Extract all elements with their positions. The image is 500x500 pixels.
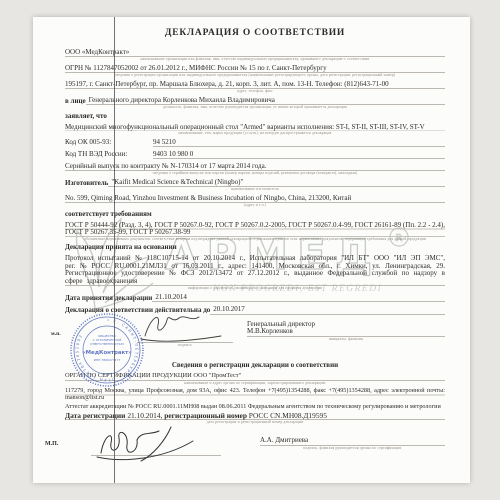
manufacturer-label: Изготовитель: [65, 180, 108, 188]
certifier-block: А.А. Дмитриева подпись, фамилия руководи…: [260, 437, 445, 451]
in-person-text: Генерального директора Корленкова Михаил…: [86, 97, 445, 106]
basis-heading: Декларация принята на основании: [65, 244, 445, 252]
complies-heading: соответствует требованиям: [65, 211, 445, 219]
field-ogrn: ОГРН № 1127847052002 от 26.01.2012 г., М…: [65, 65, 445, 79]
field-address: 195197, г. Санкт-Петербург, пр. Маршала …: [65, 81, 445, 95]
stamp-center-name: «МедКонтракт»: [82, 350, 132, 356]
basis-caption: информация о документах, являющихся осно…: [65, 286, 445, 291]
in-person-label: в лице: [65, 98, 86, 106]
code-ok-value: 94 5210: [153, 139, 445, 148]
organization-name: ООО «МедКонтракт»: [65, 49, 445, 58]
director-name: М.В.Корленков: [247, 328, 445, 337]
document-page: АРМЕД R NON PROGREDI, EST REGREDI ДЕКЛАР…: [33, 17, 470, 483]
page-fold-line: [114, 17, 115, 483]
ogrn-caption: сведения о регистрации организации или и…: [65, 73, 445, 78]
director-name-caption: инициалы, фамилия: [247, 337, 445, 342]
manufacturer-address-caption: (адрес и т.п.): [65, 203, 445, 208]
gost-caption: обозначение нормативных документов, соот…: [65, 237, 445, 242]
in-person-caption: должность, фамилия, имя, отчество руково…: [65, 105, 445, 110]
field-basis: Протокол испытаний № 118С10715-14 от 20.…: [65, 255, 445, 291]
manufacturer-name: "Kaifit Medical Science &Technical (Ning…: [108, 179, 445, 188]
director-signature: [139, 310, 229, 344]
valid-until-value: 20.10.2017: [210, 306, 445, 315]
document-title: ДЕКЛАРАЦИЯ О СООТВЕТСТВИИ: [65, 30, 445, 38]
declares-heading: заявляет, что: [65, 113, 445, 121]
gost-text: ГОСТ Р 50444-92 (Разд. 3, 4), ГОСТ Р 502…: [65, 222, 445, 237]
field-code-tn: Код ТН ВЭД России: 9403 10 980 0: [65, 151, 445, 160]
stamp-line3: ОТВЕТСТВЕННОСТЬЮ: [90, 342, 125, 346]
code-tn-value: 9403 10 980 0: [153, 151, 445, 160]
director-block: Генеральный директор М.В.Корленков иници…: [247, 321, 445, 342]
certifier-name: А.А. Дмитриева: [260, 437, 445, 446]
stamp-place-label: м.п.: [51, 331, 61, 339]
registration-date-label: Дата регистрации: [65, 411, 125, 420]
field-code-ok: Код ОК 005-93: 94 5210: [65, 139, 445, 148]
cert-attestation: Аттестат аккредитации № РОСС RU.0001.11М…: [65, 404, 445, 411]
manufacturer-caption: наименование изготовителя: [65, 187, 445, 192]
signature-zone: м.п. • Г. САНКТ-ПЕТЕРБУРГ • ОГРН 1127847…: [65, 318, 445, 360]
basis-text: Протокол испытаний № 118С10715-14 от 20.…: [65, 255, 445, 286]
field-product: Медицинский многофункциональный операцио…: [65, 124, 445, 137]
address-caption: адрес, телефон, факс: [65, 89, 445, 94]
registration-number-value: РОСС CN.МН08.Д19595: [249, 411, 327, 420]
registration-date-value: 21.10.2014,: [127, 411, 162, 420]
certifier-signature: [93, 425, 218, 463]
scanned-document-photo: { "doc": { "title": "ДЕКЛАРАЦИЯ О СООТВЕ…: [0, 0, 500, 500]
field-organization: ООО «МедКонтракт» наименование организац…: [65, 49, 445, 63]
field-registration: Дата регистрации 21.10.2014, регистрацио…: [65, 412, 445, 426]
cert-body-address: 117279, город Москва, улица Профсоюзная,…: [65, 388, 445, 402]
field-gost: ГОСТ Р 50444-92 (Разд. 3, 4), ГОСТ Р 502…: [65, 222, 445, 242]
serial-text: Серийный выпуск по контракту № N-170314 …: [65, 163, 445, 172]
code-tn-label: Код ТН ВЭД России:: [65, 151, 153, 160]
footer-signature-zone: М.П. А.А. Дмитриева подпись, фамилия рук…: [65, 427, 445, 463]
field-manufacturer-address: No. 599, Qiming Road, Yinzhou Investment…: [65, 195, 445, 209]
date-accept-label: Дата принятия декларации: [65, 295, 152, 303]
registration-line: Дата регистрации 21.10.2014, регистрацио…: [65, 412, 445, 421]
date-accept-value: 21.10.2014: [152, 294, 445, 303]
field-serial: Серийный выпуск по контракту № N-170314 …: [65, 163, 445, 177]
product-text: Медицинский многофункциональный операцио…: [65, 124, 445, 132]
serial-caption: сведения о серийном выпуске или партии (…: [65, 171, 445, 176]
address-text: 195197, г. Санкт-Петербург, пр. Маршала …: [65, 81, 445, 90]
company-stamp: • Г. САНКТ-ПЕТЕРБУРГ • ОГРН 112784705200…: [69, 312, 145, 388]
organization-caption: наименование организации или фамилия, им…: [65, 57, 445, 62]
stamp-inn: ИНН 7806477477: [94, 358, 121, 362]
document-content: ДЕКЛАРАЦИЯ О СООТВЕТСТВИИ ООО «МедКонтра…: [33, 17, 470, 463]
field-in-person: в лице Генерального директора Корленкова…: [65, 97, 445, 111]
field-date-accept: Дата принятия декларации 21.10.2014: [65, 294, 445, 303]
product-caption: наименование, тип, марка продукции (услу…: [65, 131, 445, 136]
certifier-caption: подпись, фамилия руководителя органа по …: [260, 446, 445, 451]
field-manufacturer: Изготовитель "Kaifit Medical Science &Te…: [65, 179, 445, 193]
registration-number-label: регистрационный номер: [164, 411, 247, 420]
ogrn-text: ОГРН № 1127847052002 от 26.01.2012 г., М…: [65, 65, 445, 74]
footer-stamp-place-label: М.П.: [45, 441, 58, 449]
manufacturer-address-text: No. 599, Qiming Road, Yinzhou Investment…: [65, 195, 445, 204]
code-ok-label: Код ОК 005-93:: [65, 139, 153, 148]
